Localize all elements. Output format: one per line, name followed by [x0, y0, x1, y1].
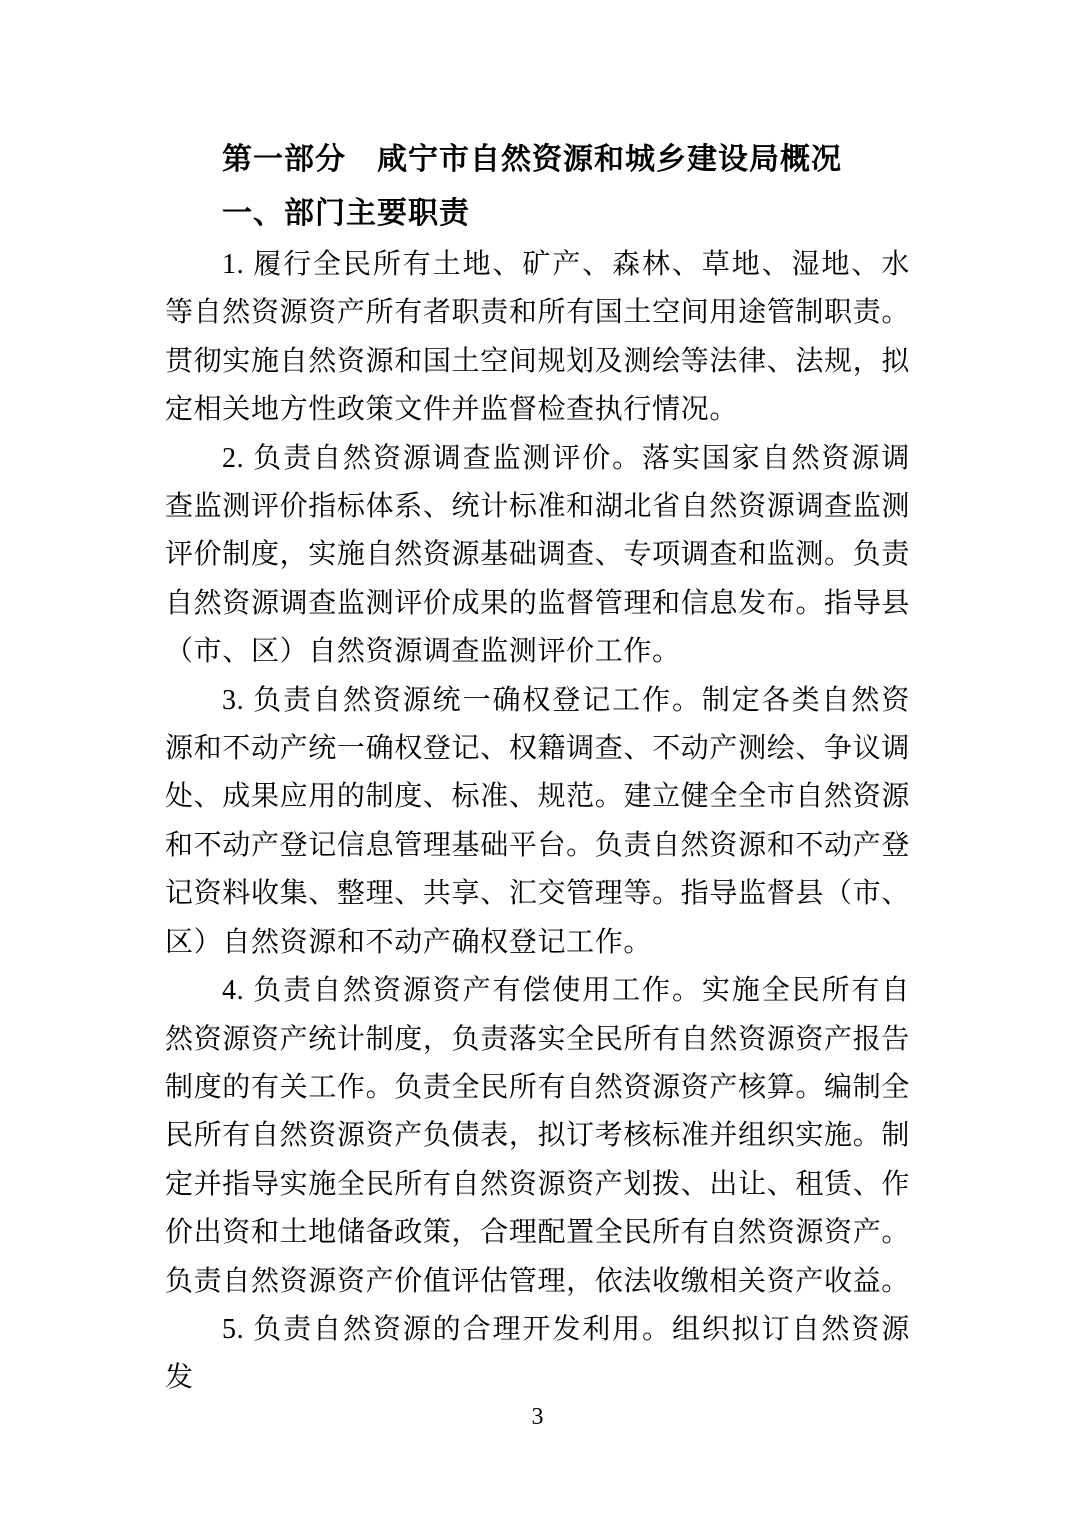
paragraph-duty-5: 5. 负责自然资源的合理开发利用。组织拟订自然资源发	[165, 1306, 910, 1403]
page-content: 第一部分 咸宁市自然资源和城乡建设局概况 一、部门主要职责 1. 履行全民所有土…	[165, 133, 910, 1403]
section-heading: 一、部门主要职责	[165, 187, 910, 241]
paragraph-duty-2: 2. 负责自然资源调查监测评价。落实国家自然资源调查监测评价指标体系、统计标准和…	[165, 435, 910, 677]
paragraph-duty-3: 3. 负责自然资源统一确权登记工作。制定各类自然资源和不动产统一确权登记、权籍调…	[165, 677, 910, 967]
paragraph-duty-1: 1. 履行全民所有土地、矿产、森林、草地、湿地、水等自然资源资产所有者职责和所有…	[165, 241, 910, 435]
document-page: { "document": { "title": "第一部分 咸宁市自然资源和城…	[0, 0, 1074, 1520]
page-number: 3	[165, 1402, 910, 1432]
document-title: 第一部分 咸宁市自然资源和城乡建设局概况	[165, 133, 910, 187]
paragraph-duty-4: 4. 负责自然资源资产有偿使用工作。实施全民所有自然资源资产统计制度，负责落实全…	[165, 967, 910, 1306]
document-body: 1. 履行全民所有土地、矿产、森林、草地、湿地、水等自然资源资产所有者职责和所有…	[165, 241, 910, 1403]
